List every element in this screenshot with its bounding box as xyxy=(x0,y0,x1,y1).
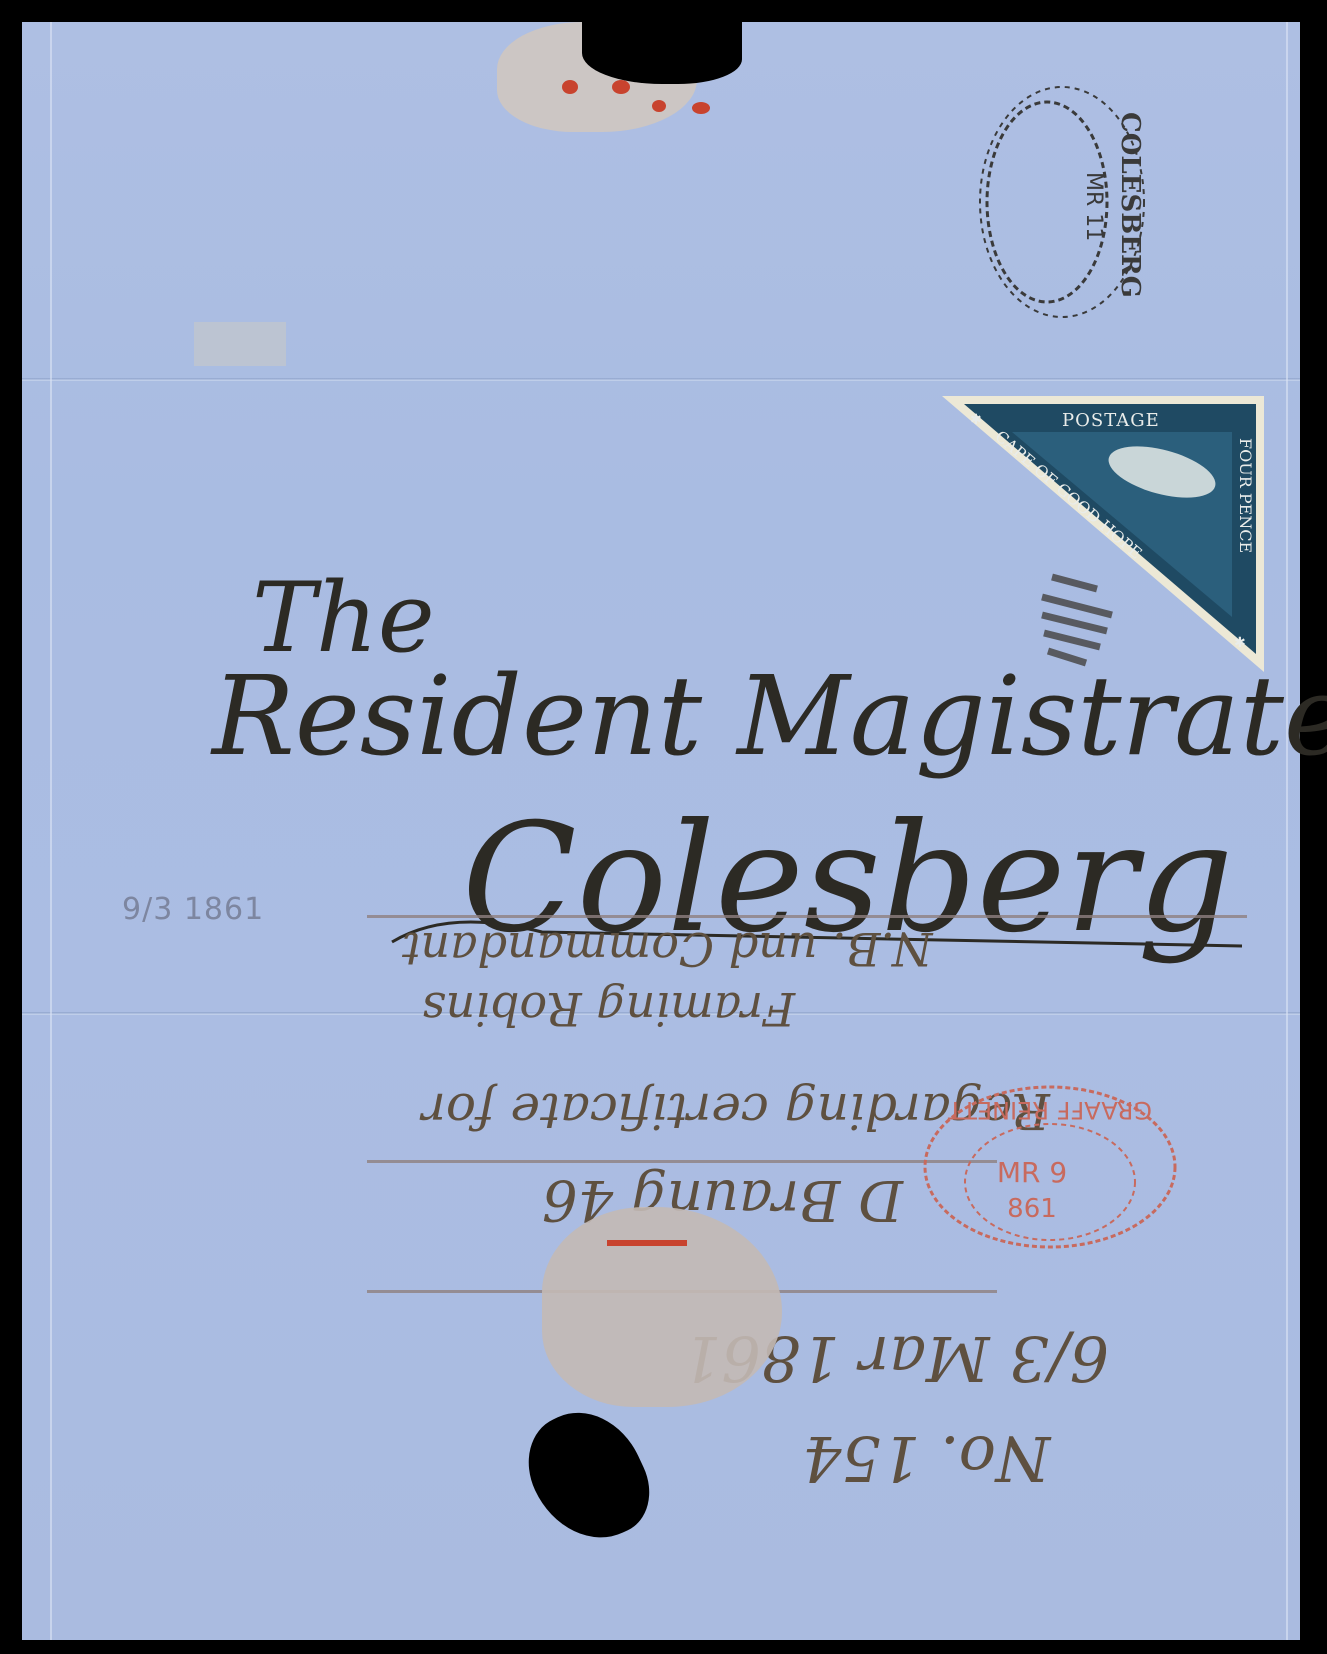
wax-seal-remnant xyxy=(652,100,666,112)
stain xyxy=(194,322,286,366)
docket-rule xyxy=(367,1160,997,1163)
fold-line xyxy=(50,22,52,1640)
pencil-date-note: 9/3 1861 xyxy=(122,892,264,927)
svg-text:FOUR PENCE: FOUR PENCE xyxy=(1236,438,1255,553)
svg-text:✱: ✱ xyxy=(970,412,982,428)
wax-seal-remnant xyxy=(542,1207,782,1407)
fold-line xyxy=(22,378,1300,381)
svg-text:MR 11: MR 11 xyxy=(1081,172,1106,241)
address-line-2: Resident Magistrate xyxy=(212,652,1327,780)
wax-seal-remnant xyxy=(692,102,710,114)
svg-text:GRAAFF REINETT: GRAAFF REINETT xyxy=(948,1096,1152,1124)
svg-text:COLESBERG: COLESBERG xyxy=(1115,112,1145,298)
wax-seal-remnant xyxy=(607,1240,687,1246)
colesberg-postmark: COLESBERG MR 11 xyxy=(972,92,1152,322)
fold-line xyxy=(1286,22,1288,1640)
letter-sheet: COLESBERG MR 11 POSTAGE CAPE OF GOOD HOP… xyxy=(22,22,1300,1640)
docket-line-6: No. 154 xyxy=(802,1422,1050,1495)
docket-line-1: N.B. und Commandant xyxy=(402,922,932,976)
svg-text:861: 861 xyxy=(1007,1194,1057,1224)
paper-hole xyxy=(511,1393,665,1558)
docket-rule xyxy=(367,915,1247,918)
paper-hole xyxy=(582,22,742,84)
graaff-reinett-postmark: GRAAFF REINETT MR 9 861 xyxy=(922,1082,1182,1252)
svg-text:MR 9: MR 9 xyxy=(997,1156,1067,1189)
docket-line-2: Framing Robins xyxy=(422,982,795,1036)
svg-text:✱: ✱ xyxy=(1234,635,1246,651)
wax-seal-remnant xyxy=(612,80,630,94)
svg-text:POSTAGE: POSTAGE xyxy=(1062,410,1160,431)
wax-seal-remnant xyxy=(562,80,578,94)
